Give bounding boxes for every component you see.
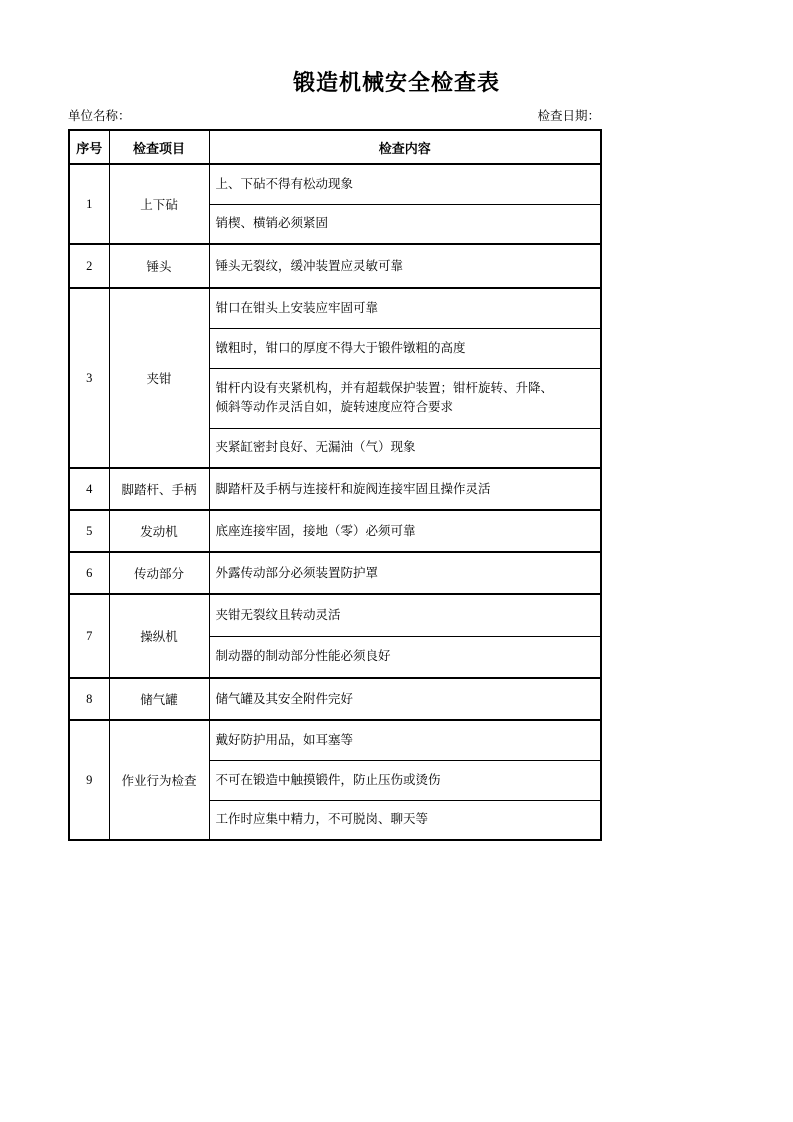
item-cell: 脚踏杆、手柄 [109, 468, 209, 510]
table-row: 8 储气罐 储气罐及其安全附件完好 [69, 678, 601, 720]
table-row: 9 作业行为检查 戴好防护用品，如耳塞等 [69, 720, 601, 760]
seq-cell: 1 [69, 164, 109, 244]
content-cell: 戴好防护用品，如耳塞等 [209, 720, 601, 760]
content-cell: 钳口在钳头上安装应牢固可靠 [209, 288, 601, 328]
unit-name-label: 单位名称： [68, 106, 131, 124]
table-row: 4 脚踏杆、手柄 脚踏杆及手柄与连接杆和旋阀连接牢固且操作灵活 [69, 468, 601, 510]
content-cell: 储气罐及其安全附件完好 [209, 678, 601, 720]
table-row: 2 锤头 锤头无裂纹，缓冲装置应灵敏可靠 [69, 244, 601, 288]
inspection-date-label: 检查日期： [537, 106, 600, 124]
content-cell: 工作时应集中精力，不可脱岗、聊天等 [209, 800, 601, 840]
seq-cell: 7 [69, 594, 109, 678]
item-cell: 锤头 [109, 244, 209, 288]
header-row: 序号 检查项目 检查内容 [69, 130, 601, 164]
seq-cell: 4 [69, 468, 109, 510]
content-cell: 夹钳无裂纹且转动灵活 [209, 594, 601, 636]
meta-row: 单位名称： 检查日期： [68, 106, 600, 124]
content-cell: 钳杆内设有夹紧机构，并有超载保护装置；钳杆旋转、升降、 倾斜等动作灵活自如，旋转… [209, 368, 601, 428]
seq-cell: 8 [69, 678, 109, 720]
document-page: 锻造机械安全检查表 单位名称： 检查日期： 序号 检查项目 检查内容 1 上下砧… [0, 0, 793, 1122]
content-cell: 锤头无裂纹，缓冲装置应灵敏可靠 [209, 244, 601, 288]
item-cell: 上下砧 [109, 164, 209, 244]
seq-cell: 9 [69, 720, 109, 840]
content-cell: 外露传动部分必须装置防护罩 [209, 552, 601, 594]
content-cell: 上、下砧不得有松动现象 [209, 164, 601, 204]
table-row: 7 操纵机 夹钳无裂纹且转动灵活 [69, 594, 601, 636]
header-content: 检查内容 [209, 130, 601, 164]
seq-cell: 2 [69, 244, 109, 288]
table-row: 3 夹钳 钳口在钳头上安装应牢固可靠 [69, 288, 601, 328]
table-row: 5 发动机 底座连接牢固，接地（零）必须可靠 [69, 510, 601, 552]
content-cell: 镦粗时，钳口的厚度不得大于锻件镦粗的高度 [209, 328, 601, 368]
item-cell: 发动机 [109, 510, 209, 552]
item-cell: 传动部分 [109, 552, 209, 594]
content-cell: 脚踏杆及手柄与连接杆和旋阀连接牢固且操作灵活 [209, 468, 601, 510]
table-row: 1 上下砧 上、下砧不得有松动现象 [69, 164, 601, 204]
item-cell: 储气罐 [109, 678, 209, 720]
content-cell: 夹紧缸密封良好、无漏油（气）现象 [209, 428, 601, 468]
item-cell: 夹钳 [109, 288, 209, 468]
item-cell: 操纵机 [109, 594, 209, 678]
seq-cell: 6 [69, 552, 109, 594]
table-row: 6 传动部分 外露传动部分必须装置防护罩 [69, 552, 601, 594]
header-seq: 序号 [69, 130, 109, 164]
content-cell: 底座连接牢固，接地（零）必须可靠 [209, 510, 601, 552]
item-cell: 作业行为检查 [109, 720, 209, 840]
content-cell: 制动器的制动部分性能必须良好 [209, 636, 601, 678]
seq-cell: 5 [69, 510, 109, 552]
page-title: 锻造机械安全检查表 [0, 0, 793, 97]
inspection-table: 序号 检查项目 检查内容 1 上下砧 上、下砧不得有松动现象 销楔、横销必须紧固… [68, 129, 602, 841]
content-cell: 销楔、横销必须紧固 [209, 204, 601, 244]
content-cell: 不可在锻造中触摸锻件，防止压伤或烫伤 [209, 760, 601, 800]
header-item: 检查项目 [109, 130, 209, 164]
seq-cell: 3 [69, 288, 109, 468]
